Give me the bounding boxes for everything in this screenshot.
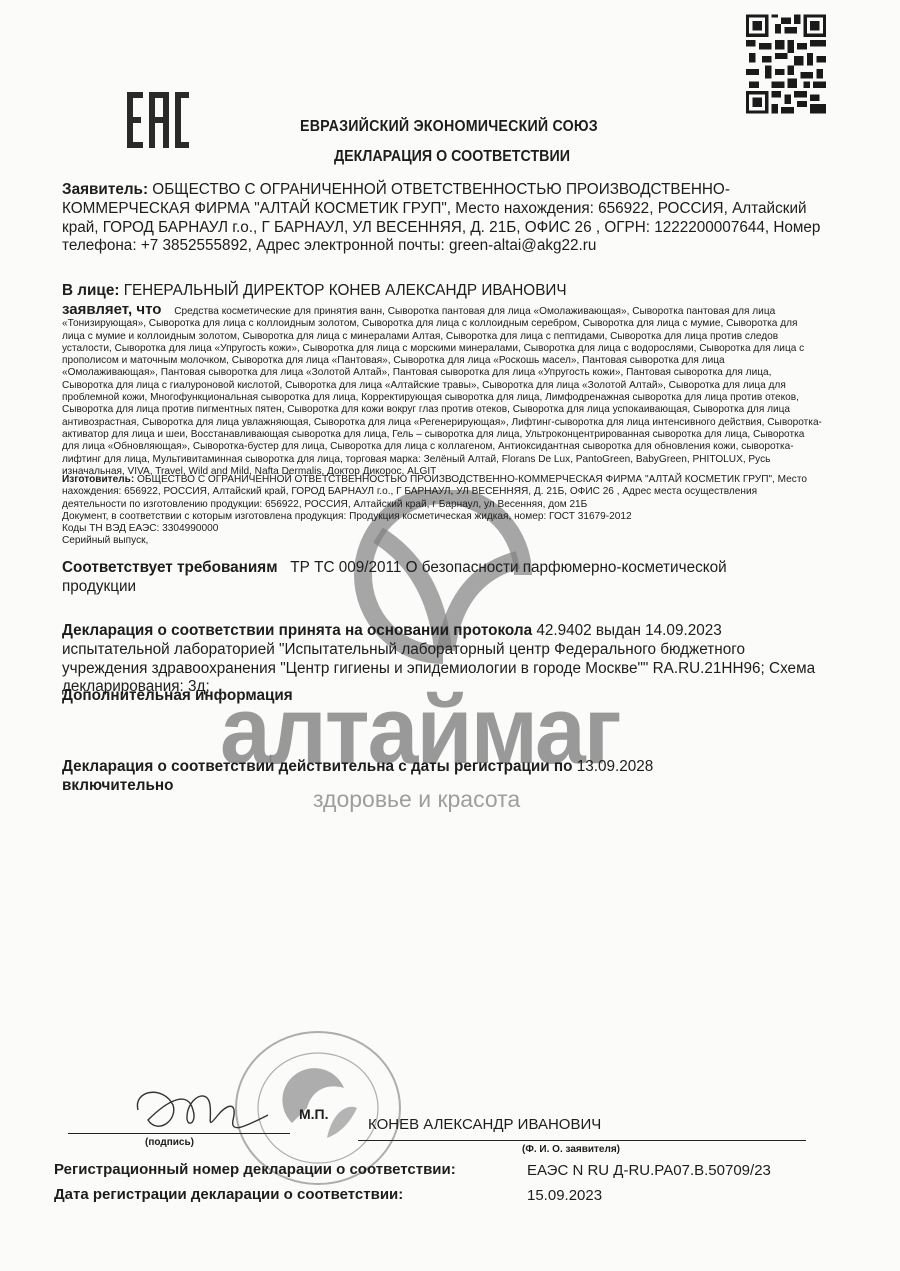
- registration-number-label: Регистрационный номер декларации о соотв…: [54, 1161, 456, 1178]
- validity-label: Декларация о соответствии действительна …: [62, 758, 573, 775]
- seal-label: М.П.: [299, 1106, 329, 1122]
- compliance-section: Соответствует требованиям ТР ТС 009/2011…: [62, 559, 802, 597]
- representative-section: В лице: ГЕНЕРАЛЬНЫЙ ДИРЕКТОР КОНЕВ АЛЕКС…: [62, 282, 822, 301]
- registration-number-value: ЕАЭС N RU Д-RU.РА07.В.50709/23: [527, 1162, 771, 1179]
- manufacturer-section: Изготовитель: ОБЩЕСТВО С ОГРАНИЧЕННОЙ ОТ…: [62, 474, 822, 548]
- basis-label: Декларация о соответствии принята на осн…: [62, 622, 532, 639]
- signature-line: [68, 1133, 290, 1134]
- declares-label: заявляет, что: [62, 301, 161, 318]
- declaration-title: ДЕКЛАРАЦИЯ О СООТВЕТСТВИИ: [334, 148, 570, 166]
- name-line: [358, 1140, 806, 1141]
- applicant-label: Заявитель:: [62, 181, 148, 198]
- applicant-section: Заявитель: ОБЩЕСТВО С ОГРАНИЧЕННОЙ ОТВЕТ…: [62, 181, 822, 256]
- product-list: Средства косметические для принятия ванн…: [62, 306, 822, 477]
- standard-document: Документ, в соответствии с которым изгот…: [62, 511, 822, 523]
- eac-logo-icon: [127, 92, 189, 148]
- registration-date-value: 15.09.2023: [527, 1187, 602, 1204]
- representative-text: ГЕНЕРАЛЬНЫЙ ДИРЕКТОР КОНЕВ АЛЕКСАНДР ИВА…: [124, 282, 567, 299]
- registration-date-label: Дата регистрации декларации о соответств…: [54, 1186, 403, 1203]
- manufacturer-label: Изготовитель:: [62, 474, 134, 485]
- applicant-text: ОБЩЕСТВО С ОГРАНИЧЕННОЙ ОТВЕТСТВЕННОСТЬЮ…: [62, 181, 820, 254]
- signature-icon: [128, 1080, 278, 1140]
- signer-name: КОНЕВ АЛЕКСАНДР ИВАНОВИЧ: [368, 1116, 601, 1133]
- compliance-label: Соответствует требованиям: [62, 559, 278, 576]
- signature-caption: (подпись): [145, 1137, 194, 1148]
- validity-suffix: включительно: [62, 777, 173, 794]
- union-title: ЕВРАЗИЙСКИЙ ЭКОНОМИЧЕСКИЙ СОЮЗ: [300, 118, 598, 136]
- name-caption: (Ф. И. О. заявителя): [522, 1144, 620, 1155]
- representative-label: В лице:: [62, 282, 119, 299]
- validity-section: Декларация о соответствии действительна …: [62, 758, 802, 796]
- declares-section: заявляет, что Средства косметические для…: [62, 304, 822, 478]
- qr-code-icon: [746, 14, 826, 114]
- serial-release: Серийный выпуск,: [62, 535, 822, 547]
- hs-codes: Коды ТН ВЭД ЕАЭС: 3304990000: [62, 523, 822, 535]
- validity-date: 13.09.2028: [577, 758, 654, 775]
- manufacturer-text: ОБЩЕСТВО С ОГРАНИЧЕННОЙ ОТВЕТСТВЕННОСТЬЮ…: [62, 474, 807, 510]
